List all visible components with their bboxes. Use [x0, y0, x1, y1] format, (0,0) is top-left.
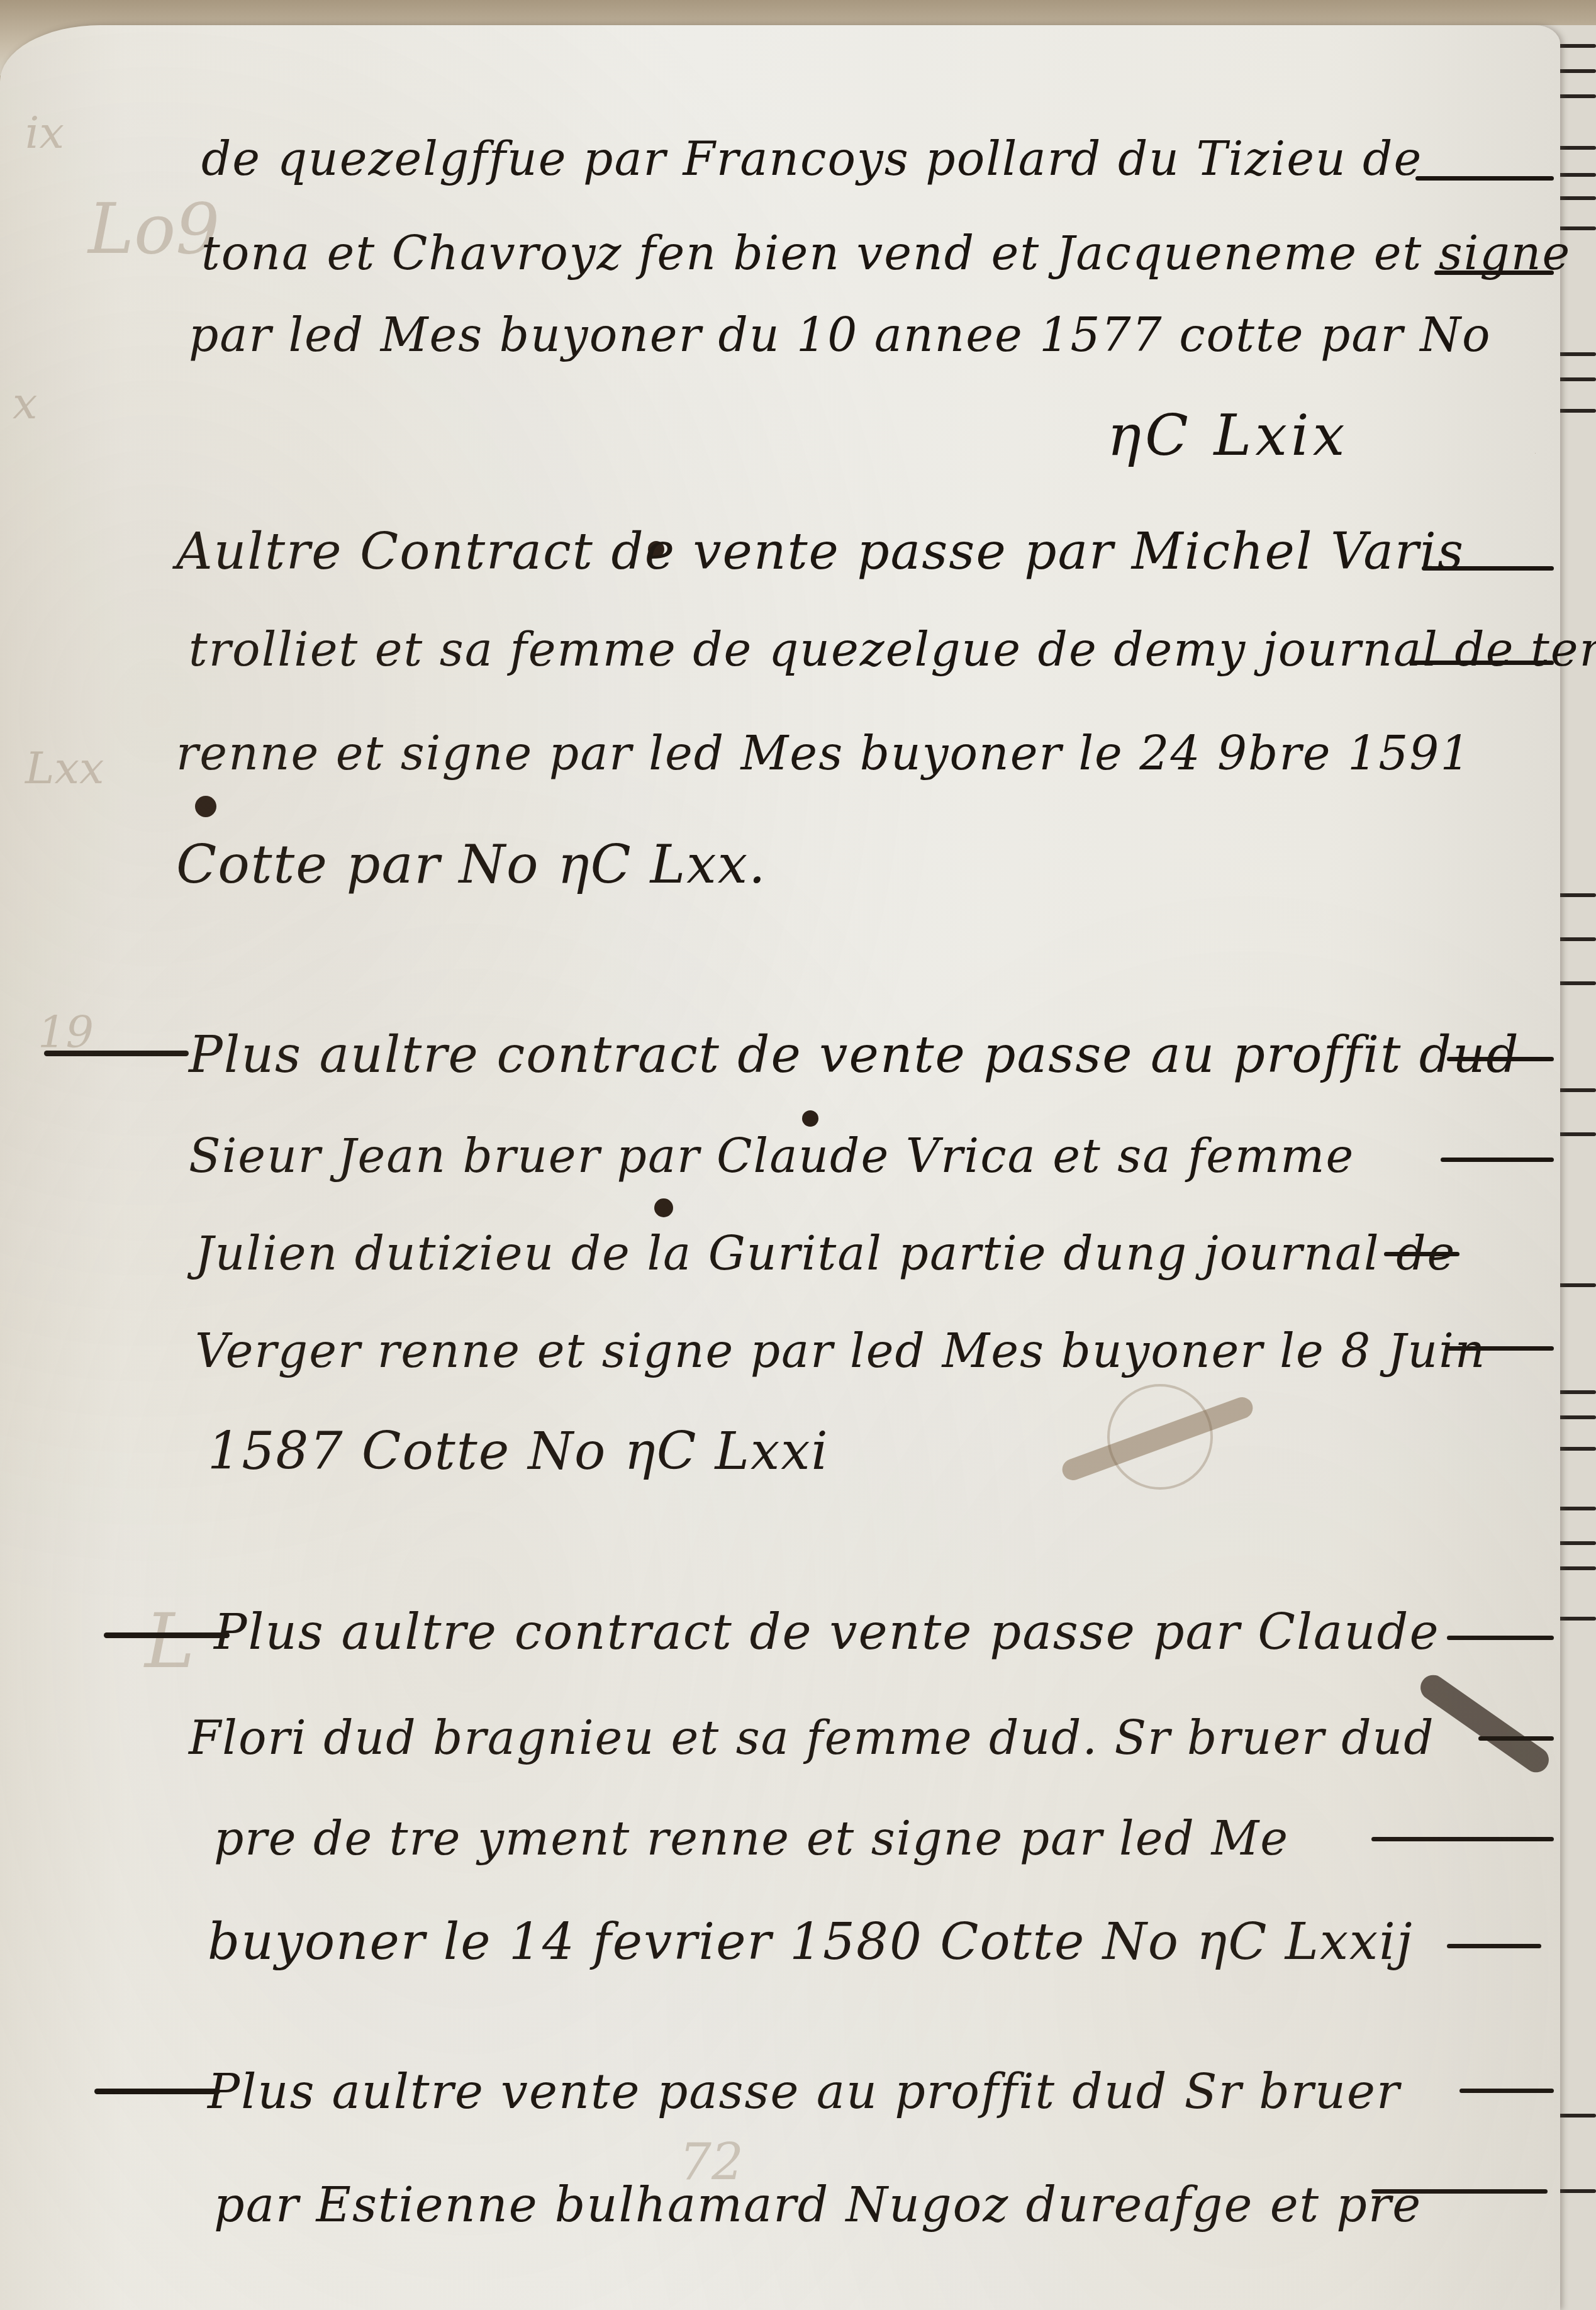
line-end-flourish: [1447, 1944, 1541, 1948]
line-end-flourish: [1434, 271, 1554, 275]
margin-ghost-text: ix: [25, 107, 64, 159]
manuscript-line: par led Mes buyoner du 10 annee 1577 cot…: [189, 308, 1492, 362]
line-end-flourish: [1459, 2089, 1554, 2093]
manuscript-line: Plus aultre contract de vente passe par …: [214, 1604, 1440, 1661]
ink-blot: [195, 796, 216, 817]
manuscript-line: Julien dutizieu de la Gurital partie dun…: [195, 1227, 1456, 1281]
line-end-flourish: [1441, 1158, 1554, 1162]
manuscript-line: Cotte par No ηC Lxx.: [176, 834, 767, 895]
ink-blot: [654, 1198, 673, 1217]
line-end-flourish: [1371, 1837, 1554, 1841]
folio-number: ηC Lxix: [1107, 403, 1348, 469]
margin-ghost-text: x: [13, 377, 37, 429]
manuscript-line: de quezelgffue par Francoys pollard du T…: [201, 132, 1422, 186]
manuscript-line: trolliet et sa femme de quezelgue de dem…: [189, 623, 1596, 677]
manuscript-line: Plus aultre contract de vente passe au p…: [189, 1025, 1520, 1084]
line-end-flourish: [1447, 1346, 1554, 1351]
margin-ghost-text: Lo9: [88, 189, 220, 269]
line-end-flourish: [1409, 661, 1554, 665]
line-end-flourish: [1422, 566, 1554, 571]
entry-marker-dash: [104, 1632, 230, 1638]
manuscript-line: par Estienne bulhamard Nugoz dureafge et…: [214, 2177, 1422, 2233]
manuscript-line: Flori dud bragnieu et sa femme dud. Sr b…: [189, 1711, 1435, 1765]
ink-stain-ring: [1107, 1384, 1213, 1490]
manuscript-line: Aultre Contract de vente passe par Miche…: [176, 522, 1465, 581]
manuscript-line: buyoner le 14 fevrier 1580 Cotte No ηC L…: [208, 1912, 1414, 1971]
ink-blot: [802, 1110, 818, 1127]
line-end-flourish: [1478, 1736, 1554, 1741]
line-end-flourish: [1415, 176, 1554, 181]
entry-marker-dash: [44, 1051, 189, 1056]
margin-ghost-text: L: [145, 1598, 195, 1685]
manuscript-line: tona et Chavroyz fen bien vend et Jacque…: [201, 226, 1571, 281]
manuscript-line: renne et signe par led Mes buyoner le 24…: [176, 727, 1471, 781]
ink-stain: [1535, 453, 1536, 454]
ink-stain: [1415, 1670, 1554, 1777]
entry-marker-dash: [94, 2089, 220, 2094]
manuscript-page: ix Lo9 x Lxx 19 L 72 de quezelgffue par …: [0, 25, 1560, 2310]
manuscript-line: 1587 Cotte No ηC Lxxi: [208, 1422, 829, 1481]
manuscript-line: Verger renne et signe par led Mes buyone…: [195, 1324, 1487, 1378]
line-end-flourish: [1371, 2189, 1548, 2194]
manuscript-line: Sieur Jean bruer par Claude Vrica et sa …: [189, 1129, 1354, 1183]
manuscript-line: pre de tre yment renne et signe par led …: [214, 1812, 1289, 1866]
line-end-flourish: [1447, 1636, 1554, 1640]
line-end-flourish: [1384, 1252, 1459, 1256]
margin-ghost-text: Lxx: [25, 742, 104, 794]
manuscript-line: Plus aultre vente passe au proffit dud S…: [208, 2063, 1400, 2119]
line-end-flourish: [1447, 1057, 1554, 1061]
